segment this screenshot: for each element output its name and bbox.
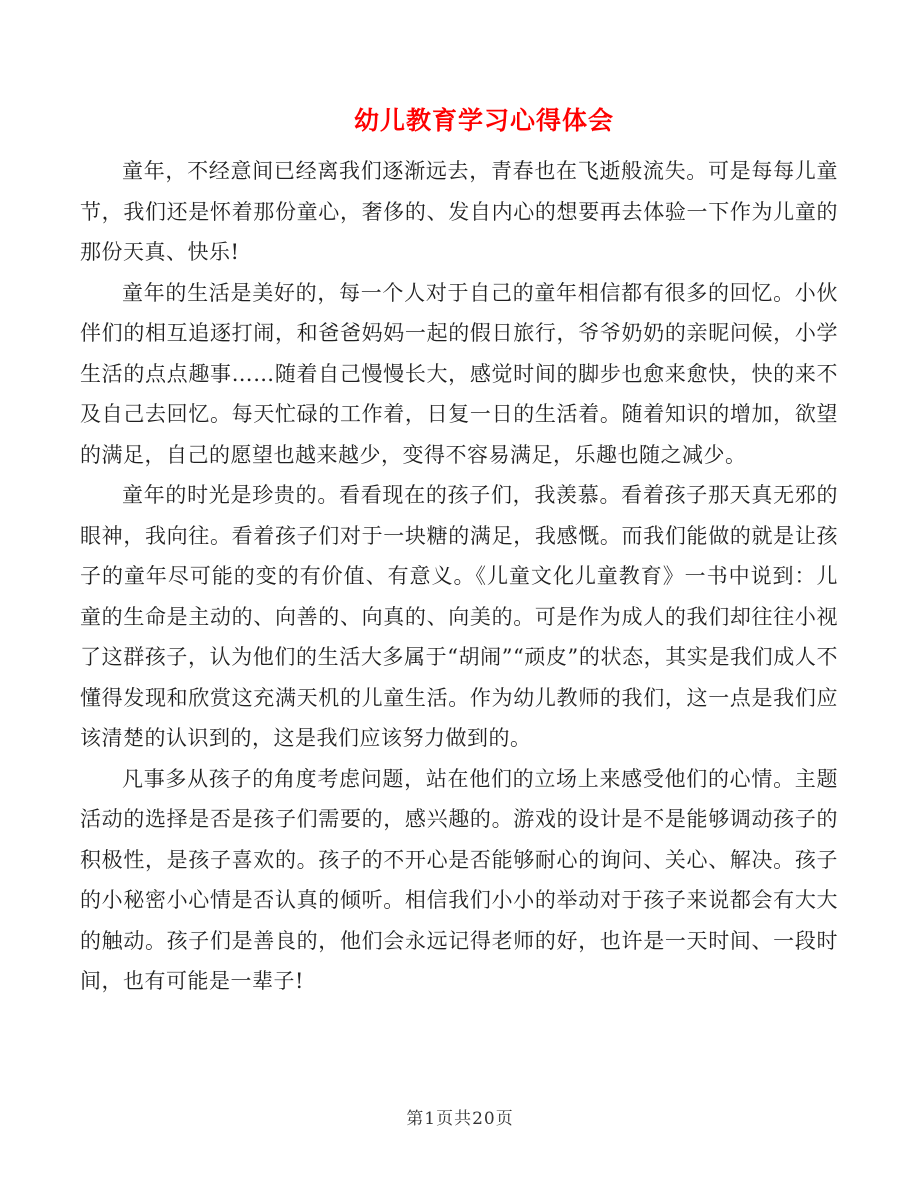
document-content: 幼儿教育学习心得体会 童年，不经意间已经离我们逐渐远去，青春也在飞逝般流失。可是… bbox=[80, 0, 838, 1002]
paragraph: 童年，不经意间已经离我们逐渐远去，青春也在飞逝般流失。可是每每儿童节，我们还是怀… bbox=[80, 151, 838, 273]
paragraph: 童年的生活是美好的，每一个人对于自己的童年相信都有很多的回忆。小伙伴们的相互追逐… bbox=[80, 273, 838, 476]
document-page: 幼儿教育学习心得体会 童年，不经意间已经离我们逐渐远去，青春也在飞逝般流失。可是… bbox=[0, 0, 920, 1191]
page-number: 第1页共20页 bbox=[0, 1106, 920, 1132]
document-body: 童年，不经意间已经离我们逐渐远去，青春也在飞逝般流失。可是每每儿童节，我们还是怀… bbox=[80, 151, 838, 1002]
document-title: 幼儿教育学习心得体会 bbox=[80, 0, 838, 138]
paragraph: 凡事多从孩子的角度考虑问题，站在他们的立场上来感受他们的心情。主题活动的选择是否… bbox=[80, 759, 838, 1002]
paragraph: 童年的时光是珍贵的。看看现在的孩子们，我羡慕。看着孩子那天真无邪的眼神，我向往。… bbox=[80, 475, 838, 759]
